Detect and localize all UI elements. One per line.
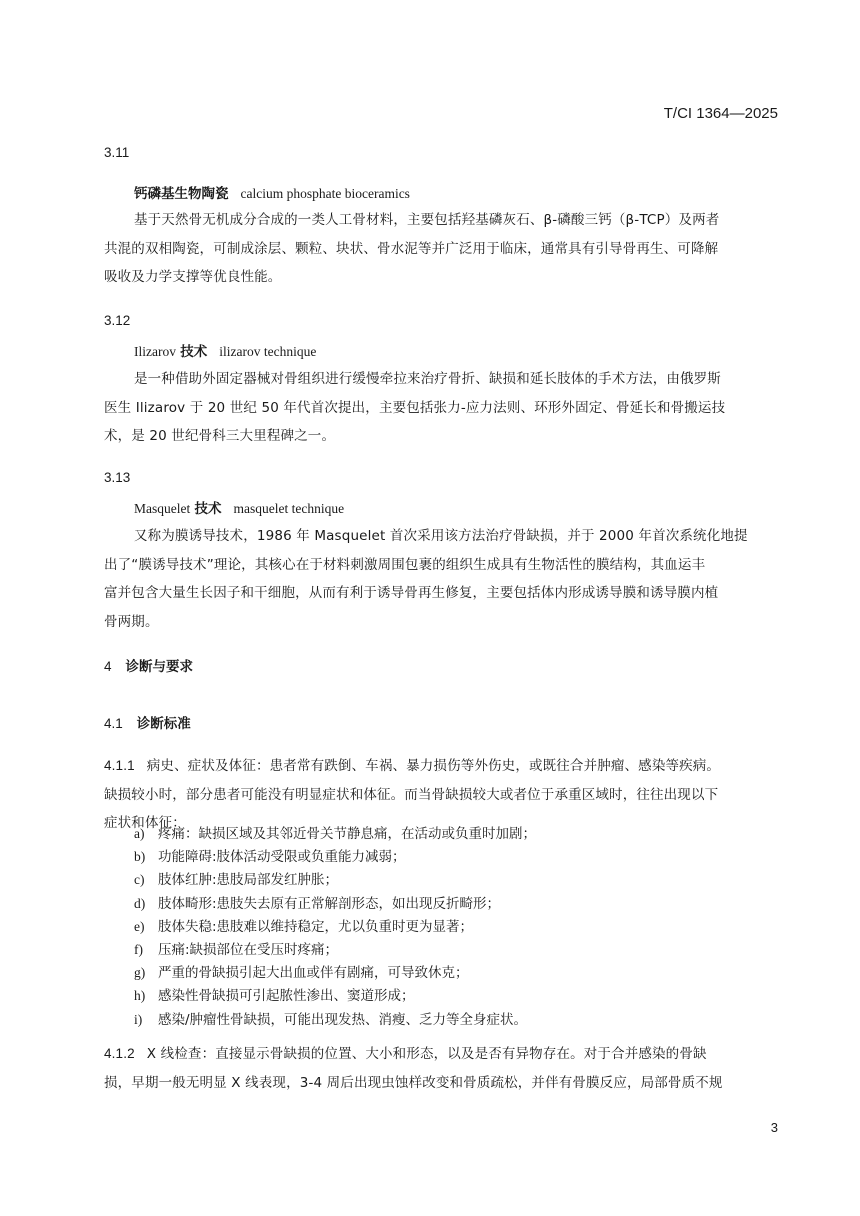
term-latin: Masquelet	[134, 501, 190, 516]
list-item: c)肢体红肿:患肢局部发红肿胀；	[134, 868, 536, 891]
definition-3-11: 基于天然骨无机成分合成的一类人工骨材料，主要包括羟基磷灰石、β-磷酸三钙（β-T…	[104, 206, 788, 292]
document-page: T/CI 1364—2025 3.11 钙磷基生物陶瓷calcium phosp…	[0, 0, 860, 1216]
clause-4-1-2: 4.1.2X 线检查：直接显示骨缺损的位置、大小和形态，以及是否有异物存在。对于…	[104, 1040, 788, 1097]
list-item: a)疼痛：缺损区域及其邻近骨关节静息痛，在活动或负重时加剧；	[134, 822, 536, 845]
term-zh: 技术	[195, 501, 222, 517]
document-code: T/CI 1364—2025	[664, 105, 778, 122]
list-item: f)压痛:缺损部位在受压时疼痛；	[134, 938, 536, 961]
list-item: g)严重的骨缺损引起大出血或伴有剧痛，可导致休克；	[134, 961, 536, 984]
text-line: 4.1.2X 线检查：直接显示骨缺损的位置、大小和形态，以及是否有异物存在。对于…	[104, 1040, 788, 1069]
term-en: masquelet technique	[234, 501, 345, 516]
clause-number: 4.1.2	[104, 1046, 135, 1061]
heading-number: 4	[104, 659, 112, 674]
page-number: 3	[771, 1120, 778, 1135]
heading-title: 诊断标准	[137, 716, 191, 732]
list-item: h)感染性骨缺损可引起脓性渗出、窦道形成；	[134, 984, 536, 1007]
section-number-3-12: 3.12	[104, 313, 130, 328]
term-zh: 技术	[180, 344, 207, 360]
term-3-13: Masquelet 技术masquelet technique	[134, 497, 344, 517]
text-line: 吸收及力学支撑等优良性能。	[104, 263, 788, 292]
term-en: ilizarov technique	[219, 344, 316, 359]
symptom-list: a)疼痛：缺损区域及其邻近骨关节静息痛，在活动或负重时加剧； b)功能障碍:肢体…	[134, 822, 536, 1031]
definition-3-13: 又称为膜诱导技术，1986 年 Masquelet 首次采用该方法治疗骨缺损，并…	[104, 522, 788, 636]
heading-4-1: 4.1诊断标准	[104, 712, 191, 732]
text-line: 医生 Ilizarov 于 20 世纪 50 年代首次提出，主要包括张力-应力法…	[104, 394, 788, 423]
text-line: 缺损较小时，部分患者可能没有明显症状和体征。而当骨缺损较大或者位于承重区域时，往…	[104, 781, 788, 810]
list-item: e)肢体失稳:患肢难以维持稳定，尤以负重时更为显著；	[134, 915, 536, 938]
text-line: 出了“膜诱导技术”理论，其核心在于材料刺激周围包裹的组织生成具有生物活性的膜结构…	[104, 551, 788, 580]
text-line: 是一种借助外固定器械对骨组织进行缓慢牵拉来治疗骨折、缺损和延长肢体的手术方法，由…	[104, 365, 788, 394]
text-line: 4.1.1病史、症状及体征：患者常有跌倒、车祸、暴力损伤等外伤史，或既往合并肿瘤…	[104, 752, 788, 781]
section-number-3-11: 3.11	[104, 145, 129, 160]
text-line: 又称为膜诱导技术，1986 年 Masquelet 首次采用该方法治疗骨缺损，并…	[104, 522, 788, 551]
term-latin: Ilizarov	[134, 344, 176, 359]
heading-4: 4诊断与要求	[104, 655, 193, 675]
text-line: 术，是 20 世纪骨科三大里程碑之一。	[104, 422, 788, 451]
term-zh: 钙磷基生物陶瓷	[134, 186, 229, 202]
term-en: calcium phosphate bioceramics	[241, 186, 410, 201]
definition-3-12: 是一种借助外固定器械对骨组织进行缓慢牵拉来治疗骨折、缺损和延长肢体的手术方法，由…	[104, 365, 788, 451]
text-line: 基于天然骨无机成分合成的一类人工骨材料，主要包括羟基磷灰石、β-磷酸三钙（β-T…	[104, 206, 788, 235]
heading-title: 诊断与要求	[126, 659, 194, 675]
list-item: b)功能障碍:肢体活动受限或负重能力减弱；	[134, 845, 536, 868]
section-number-3-13: 3.13	[104, 470, 130, 485]
list-item: d)肢体畸形:患肢失去原有正常解剖形态，如出现反折畸形；	[134, 892, 536, 915]
term-3-12: Ilizarov 技术ilizarov technique	[134, 340, 316, 360]
term-3-11: 钙磷基生物陶瓷calcium phosphate bioceramics	[134, 182, 410, 202]
text-line: 共混的双相陶瓷，可制成涂层、颗粒、块状、骨水泥等并广泛用于临床，通常具有引导骨再…	[104, 235, 788, 264]
heading-number: 4.1	[104, 716, 123, 731]
text-line: 骨两期。	[104, 608, 788, 637]
text-line: 损，早期一般无明显 X 线表现，3-4 周后出现虫蚀样改变和骨质疏松，并伴有骨膜…	[104, 1069, 788, 1098]
list-item: i)感染/肿瘤性骨缺损，可能出现发热、消瘦、乏力等全身症状。	[134, 1008, 536, 1031]
clause-number: 4.1.1	[104, 758, 135, 773]
text-line: 富并包含大量生长因子和干细胞，从而有利于诱导骨再生修复，主要包括体内形成诱导膜和…	[104, 579, 788, 608]
